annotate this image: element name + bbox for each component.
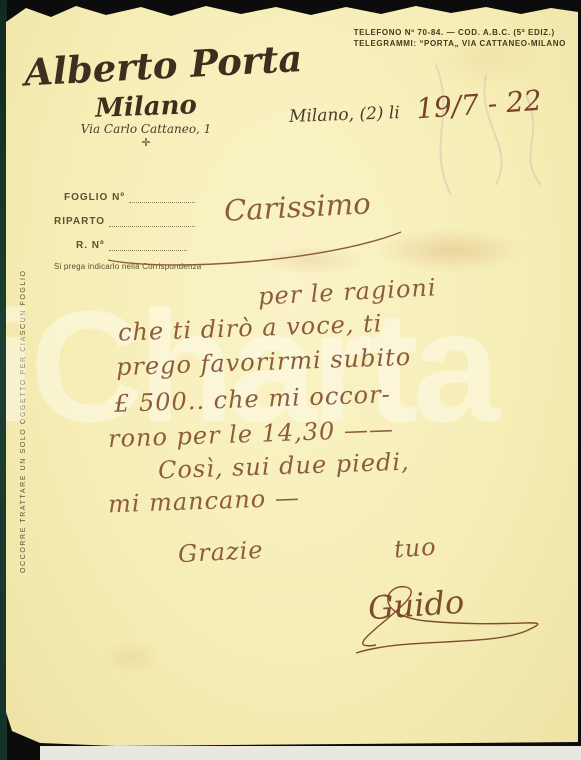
letterhead-city: Milano <box>46 89 247 126</box>
salutation: Carissimo <box>223 186 371 228</box>
letter-paper: Alberto Porta Milano Via Carlo Cattaneo,… <box>6 0 578 748</box>
body-line: che ti dirò a voce, ti <box>118 309 383 346</box>
scan-edge-left <box>0 0 7 760</box>
foglio-label: FOGLIO Nº <box>64 192 125 203</box>
scan-edge-bottom <box>40 746 581 760</box>
body-line: prego favorirmi subito <box>116 343 412 381</box>
closing-word: Grazie <box>177 536 264 568</box>
body-line: Così, sui due piedi, <box>158 448 411 485</box>
contact-block: TELEFONO Nº 70-84. — COD. A.B.C. (5ª EDI… <box>354 27 566 49</box>
body-line: per le ragioni <box>257 273 437 310</box>
telephone-line: TELEFONO Nº 70-84. — COD. A.B.C. (5ª EDI… <box>354 27 566 38</box>
dateline-printed: Milano, (2) li <box>289 103 400 127</box>
riparto-field: RIPARTO <box>54 216 195 227</box>
foglio-field: FOGLIO Nº <box>64 192 195 203</box>
riparto-label: RIPARTO <box>54 216 105 227</box>
pencil-scribble <box>406 55 566 215</box>
margin-instruction: OCCORRE TRATTARE UN SOLO OGGETTO PER CIA… <box>20 295 27 573</box>
closing-word-tuo: tuo <box>393 533 437 564</box>
telegram-line: TELEGRAMMI: “PORTA„ VIA CATTANEO-MILANO <box>354 38 566 49</box>
body-line: rono per le 14,30 —— <box>108 415 395 453</box>
rn-label: R. Nº <box>76 240 105 251</box>
paper-stain <box>101 640 161 675</box>
body-line: £ 500.. che mi occor- <box>114 380 392 418</box>
signature-flourish <box>316 575 566 655</box>
salutation-flourish <box>106 228 406 268</box>
body-line: mi mancano — <box>108 484 301 519</box>
foglio-blank-line <box>129 192 195 203</box>
letterhead-company-name: Alberto Porta <box>23 37 275 94</box>
letterhead-ornament-icon: ✛ <box>46 136 246 149</box>
riparto-blank-line <box>109 216 195 227</box>
letterhead-address: Via Carlo Cattaneo, 1 <box>46 122 246 136</box>
